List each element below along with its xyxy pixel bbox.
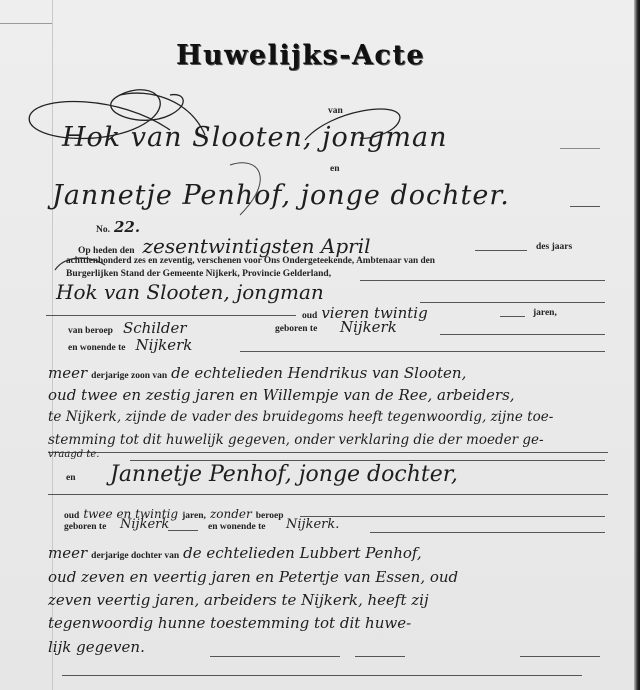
- document-title: Huwelijks-Acte: [176, 40, 425, 71]
- bride-beroep-label: beroep: [256, 511, 284, 521]
- groom-father: de echtelieden Hendrikus van Slooten,: [171, 364, 466, 382]
- bride-jaren-label: jaren,: [182, 511, 206, 521]
- rule: [168, 530, 198, 531]
- left-margin-line: [52, 0, 53, 690]
- intro-line-1: Op heden den zesentwintigsten April: [78, 234, 371, 258]
- bride-header-name: Jannetje Penhof, jonge dochter.: [52, 180, 510, 211]
- beroep-label: van beroep: [68, 326, 113, 336]
- intro-print: Op heden den: [78, 246, 135, 256]
- jaren-label: jaren,: [533, 308, 557, 318]
- dochter-van-label: derjarige dochter van: [91, 551, 179, 561]
- bride-father: de echtelieden Lubbert Penhof,: [183, 544, 422, 562]
- rule: [370, 532, 605, 533]
- bride-birthplace: Nijkerk: [120, 517, 169, 532]
- margin-tick: [0, 23, 52, 24]
- rule: [48, 452, 608, 453]
- rule: [560, 148, 600, 149]
- rule: [520, 656, 600, 657]
- rule: [46, 315, 296, 316]
- bride-wonende-label: en wonende te: [208, 522, 266, 532]
- rule: [475, 250, 527, 251]
- rule: [130, 460, 605, 461]
- wonende-label: en wonende te: [68, 343, 126, 353]
- rule: [210, 656, 340, 657]
- groom-residence-line: en wonende te Nijkerk: [68, 336, 192, 355]
- bride-parents-line-5: lijk gegeven.: [48, 638, 145, 656]
- bride-name: Jannetje Penhof, jonge dochter,: [110, 462, 458, 487]
- groom-residence: Nijkerk: [136, 336, 193, 354]
- rule: [300, 516, 605, 517]
- zoon-van-label: derjarige zoon van: [91, 371, 167, 381]
- bride-parents-line-2: oud zeven en veertig jaren en Petertje v…: [48, 568, 458, 586]
- intro-line-2: achttienhonderd zes en zeventig, versche…: [66, 256, 435, 266]
- rule: [360, 280, 605, 281]
- groom-birthplace: Nijkerk: [340, 318, 397, 336]
- groom-parents-line-2: oud twee en zestig jaren en Willempje va…: [48, 386, 515, 404]
- bride-age-line: oud twee en twintig jaren, zonder beroep: [64, 505, 284, 523]
- meer-hand: meer: [48, 364, 87, 382]
- groom-name: Hok van Slooten, jongman: [56, 280, 324, 304]
- rule: [62, 675, 582, 676]
- rule: [440, 334, 605, 335]
- intro-line-3: Burgerlijken Stand der Gemeente Nijkerk,…: [66, 269, 331, 279]
- bride-parents-line-4: tegenwoordig hunne toestemming tot dit h…: [48, 614, 411, 632]
- rule: [570, 206, 600, 207]
- bride-occupation: zonder: [210, 507, 252, 521]
- bride-en-label: en: [66, 473, 76, 483]
- groom-header-name: Hok van Slooten, jongman: [62, 122, 447, 153]
- bride-residence: Nijkerk.: [286, 517, 339, 532]
- rule: [48, 494, 608, 495]
- groom-parents-line-1: meer derjarige zoon van de echtelieden H…: [48, 364, 466, 383]
- bride-parents-line-1: meer derjarige dochter van de echteliede…: [48, 544, 422, 563]
- rule: [500, 316, 525, 317]
- marriage-certificate-page: Huwelijks-Acte van Hok van Slooten, jong…: [0, 0, 640, 690]
- page-edge-shadow: [634, 0, 640, 690]
- rule: [420, 302, 605, 303]
- rule: [355, 656, 405, 657]
- bride-geboren-label: geboren te: [64, 522, 106, 532]
- oud-label: oud: [302, 311, 317, 321]
- groom-parents-line-4: stemming tot dit huwelijk gegeven, onder…: [48, 432, 544, 448]
- groom-occupation: Schilder: [123, 319, 187, 337]
- geboren-label: geboren te: [275, 324, 317, 334]
- des-jaars-label: des jaars: [536, 242, 572, 252]
- rule: [240, 351, 605, 352]
- date-handwritten: zesentwintigsten April: [143, 234, 371, 258]
- en-label: en: [330, 164, 340, 174]
- groom-parents-line-5: vraagd te.: [48, 449, 99, 460]
- van-label: van: [328, 106, 343, 116]
- bride-oud-label: oud: [64, 511, 79, 521]
- bride-meer-hand: meer: [48, 544, 87, 562]
- groom-parents-line-3: te Nijkerk, zijnde de vader des bruidego…: [48, 409, 553, 425]
- bride-parents-line-3: zeven veertig jaren, arbeiders te Nijker…: [48, 591, 429, 609]
